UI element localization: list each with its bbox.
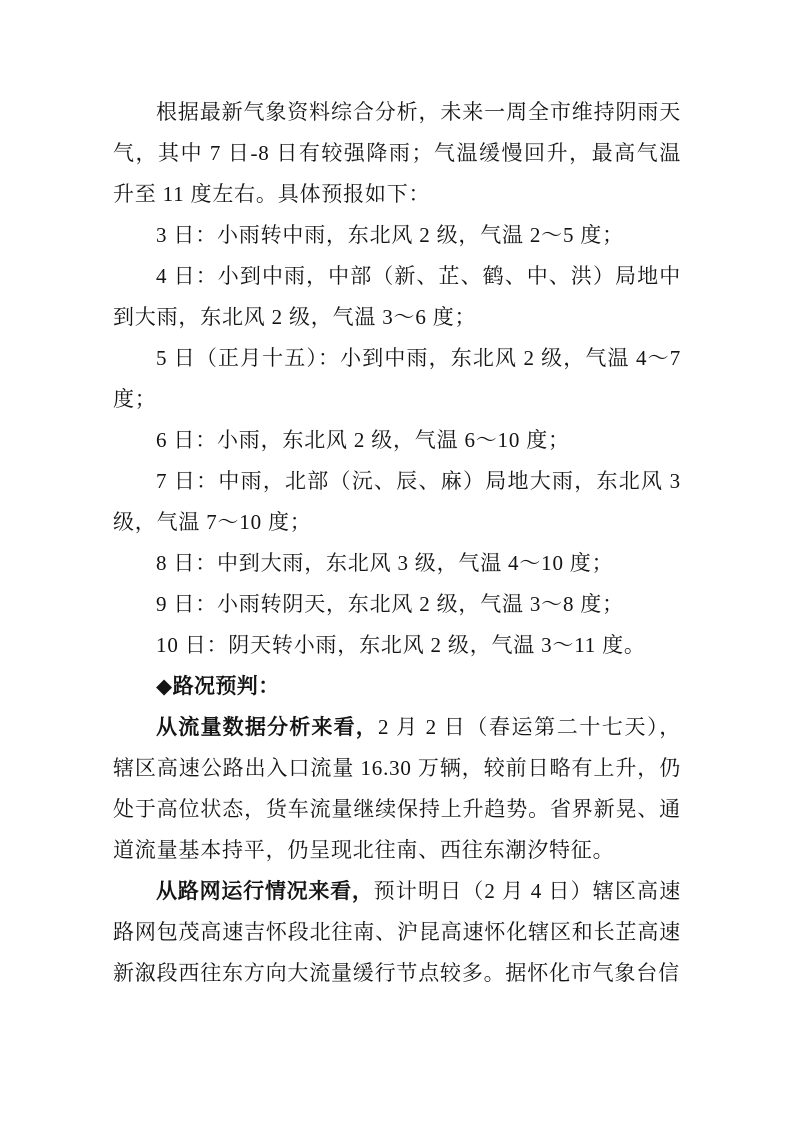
document-page: 根据最新气象资料综合分析，未来一周全市维持阴雨天气，其中 7 日-8 日有较强降…	[0, 0, 793, 1122]
road-network-lead: 从路网运行情况来看，	[156, 880, 374, 903]
forecast-line-day3: 3 日：小雨转中雨，东北风 2 级，气温 2～5 度；	[113, 215, 681, 256]
forecast-line-day6: 6 日：小雨，东北风 2 级，气温 6～10 度；	[113, 420, 681, 461]
traffic-section-heading-text: 路况预判：	[173, 675, 280, 698]
diamond-bullet-icon: ◆	[156, 675, 173, 698]
traffic-flow-lead: 从流量数据分析来看，	[156, 716, 378, 739]
forecast-line-day4: 4 日：小到中雨，中部（新、芷、鹤、中、洪）局地中到大雨，东北风 2 级，气温 …	[113, 256, 681, 338]
road-network-paragraph: 从路网运行情况来看，预计明日（2 月 4 日）辖区高速路网包茂高速吉怀段北往南、…	[113, 871, 681, 994]
traffic-section-heading: ◆路况预判：	[113, 666, 681, 707]
forecast-line-day10: 10 日：阴天转小雨，东北风 2 级，气温 3～11 度。	[113, 625, 681, 666]
traffic-flow-paragraph: 从流量数据分析来看，2 月 2 日（春运第二十七天），辖区高速公路出入口流量 1…	[113, 707, 681, 871]
forecast-line-day9: 9 日：小雨转阴天，东北风 2 级，气温 3～8 度；	[113, 584, 681, 625]
forecast-line-day8: 8 日：中到大雨，东北风 3 级，气温 4～10 度；	[113, 543, 681, 584]
forecast-line-day5: 5 日（正月十五）：小到中雨，东北风 2 级，气温 4～7 度；	[113, 338, 681, 420]
weather-intro-paragraph: 根据最新气象资料综合分析，未来一周全市维持阴雨天气，其中 7 日-8 日有较强降…	[113, 92, 681, 215]
forecast-line-day7: 7 日：中雨，北部（沅、辰、麻）局地大雨，东北风 3 级，气温 7～10 度；	[113, 461, 681, 543]
